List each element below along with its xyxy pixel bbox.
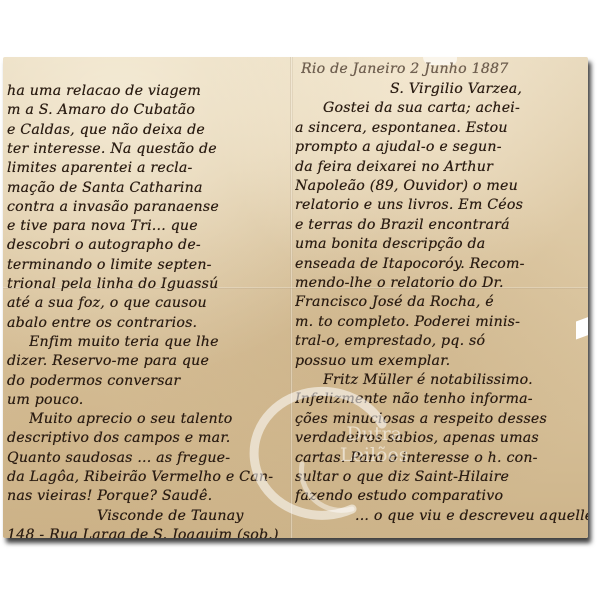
left-page-line: um pouco. — [7, 390, 287, 410]
right-page-line: da feira deixarei no Arthur — [295, 157, 585, 177]
right-page-line: relatorio e uns livros. Em Céos — [295, 195, 585, 215]
right-page-line: Gostei da sua carta; achei- — [323, 98, 588, 118]
right-page-line: enseada de Itapocoróy. Recom- — [295, 254, 585, 274]
right-page-line: Fritz Müller é notabilissimo. — [323, 370, 588, 390]
right-page-line: sultar o que diz Saint-Hilaire — [295, 467, 585, 487]
left-page-line: Enfim muito teria que lhe — [29, 332, 309, 352]
left-page-line: abalo entre os contrarios. — [7, 313, 287, 333]
right-page-line: m. to completo. Poderei minis- — [295, 312, 585, 332]
left-page-line: Muito aprecio o seu talento — [29, 409, 309, 429]
left-page-line: terminando o limite septen- — [7, 255, 287, 275]
left-page-line: e Caldas, que não deixa de — [7, 120, 287, 140]
vertical-fold-crease — [290, 57, 293, 538]
left-page-line: do podermos conversar — [7, 371, 287, 391]
left-page-line: 148 - Rua Larga de S. Joaquim (sob.) — [7, 525, 287, 538]
right-page-line: ... o que viu e descreveu aquelle — [355, 506, 588, 526]
left-page-line: da Lagôa, Ribeirão Vermelho e Can- — [7, 467, 287, 487]
right-page-line: uma bonita descripção da — [295, 234, 585, 254]
right-page-line: fazendo estudo comparativo — [295, 486, 585, 506]
left-page-line: dizer. Reservo-me para que — [7, 351, 287, 371]
left-page-line: m a S. Amaro do Cubatão — [7, 100, 287, 120]
right-page-line: ções minuciosas a respeito desses — [295, 409, 585, 429]
right-page-line: Francisco José da Rocha, é — [295, 292, 585, 312]
right-page-line: cartas. Para o interesse o h. con- — [295, 448, 585, 468]
letter-date-header: Rio de Janeiro 2 Junho 1887 — [301, 59, 588, 79]
right-page-line: a sincera, espontanea. Estou — [295, 118, 585, 138]
right-page-line: e terras do Brazil encontrará — [295, 215, 585, 235]
right-page-line: S. Virgilio Varzea, — [390, 79, 588, 99]
left-page-line: ter interesse. Na questão de — [7, 139, 287, 159]
right-page-line: prompto a ajudal-o e segun- — [295, 137, 585, 157]
right-page-line: Napoleão (89, Ouvidor) o meu — [295, 176, 585, 196]
right-page-line: tral-o, emprestado, pq. só — [295, 331, 585, 351]
left-page-line: nas vieiras! Porque? Saudê. — [7, 486, 287, 506]
left-page-line: descriptivo dos campos e mar. — [7, 428, 287, 448]
right-page-line: verdadeiros sabios, apenas umas — [295, 428, 585, 448]
left-page-line: contra a invasão paranaense — [7, 197, 287, 217]
letter-sheet: ha uma relacao de viagemm a S. Amaro do … — [3, 57, 588, 538]
left-page-line: ha uma relacao de viagem — [7, 81, 287, 101]
left-page-line: descobri o autographo de- — [7, 235, 287, 255]
right-page-line: mendo-lhe o relatorio do Dr. — [295, 273, 585, 293]
right-page-line: Infelizmente não tenho informa- — [295, 389, 585, 409]
left-page-line: e tive para nova Tri... que — [7, 216, 287, 236]
left-page-line: trional pela linha do Iguassú — [7, 274, 287, 294]
left-page-line: mação de Santa Catharina — [7, 178, 287, 198]
left-page-line: limites aparentei a recla- — [7, 158, 287, 178]
right-page: Rio de Janeiro 2 Junho 1887 S. Virgilio … — [295, 57, 585, 538]
left-page: ha uma relacao de viagemm a S. Amaro do … — [7, 57, 289, 538]
right-page-line: possuo um exemplar. — [295, 351, 585, 371]
stage: ha uma relacao de viagemm a S. Amaro do … — [0, 0, 600, 600]
left-page-line: Quanto saudosas ... as fregue- — [7, 448, 287, 468]
left-page-line: até a sua foz, o que causou — [7, 293, 287, 313]
